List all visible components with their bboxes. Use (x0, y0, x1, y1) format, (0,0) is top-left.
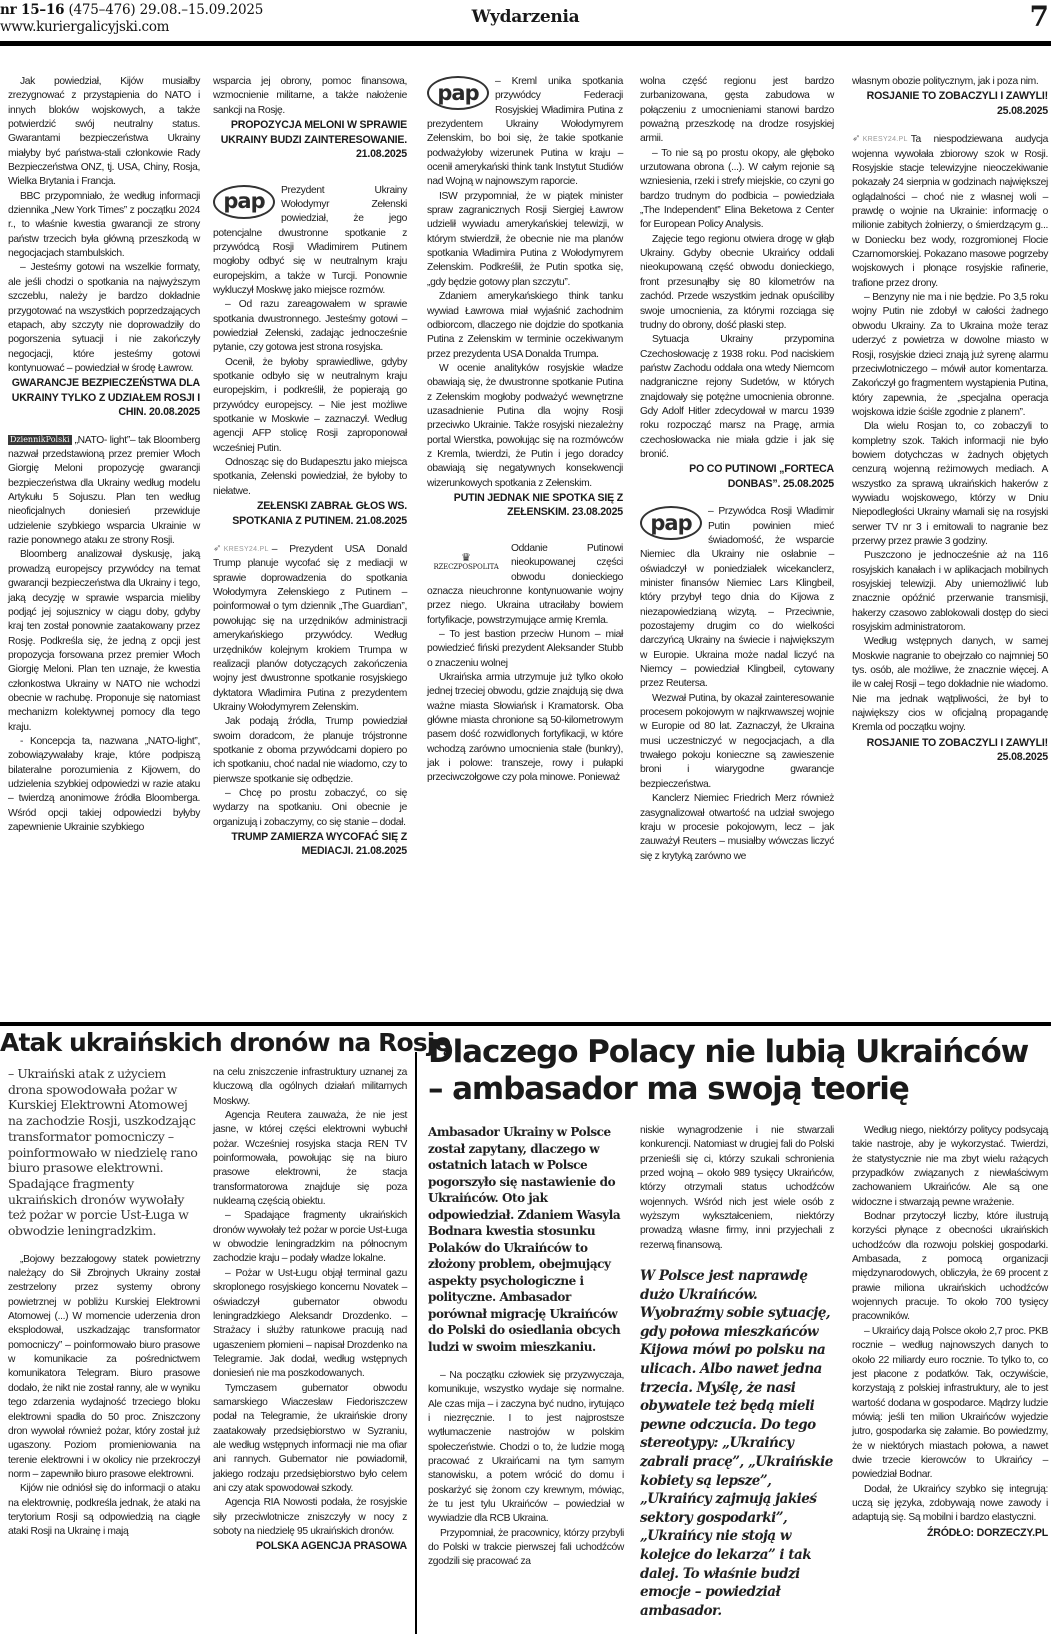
section-title: Wydarzenia (0, 7, 1051, 27)
spacer (213, 162, 407, 184)
news-headline-signature: PUTIN JEDNAK NIE SPOTKA SIĘ Z ZEŁENSKIM.… (427, 491, 623, 520)
eagle-icon: ♛ (427, 552, 505, 563)
paragraph: „Bojowy bezzałogowy statek powietrzny na… (8, 1253, 200, 1483)
paragraph: – Jesteśmy gotowi na wszelkie formaty, a… (8, 261, 200, 376)
spacer (428, 1355, 624, 1369)
top-column-3: pap– Kreml unika spotkania przywódcy Fed… (427, 75, 623, 786)
paragraph: Dodał, że Ukraińcy szybko się integrują:… (852, 1483, 1048, 1526)
news-headline-signature: ZEŁENSKI ZABRAŁ GŁOS WS. SPOTKANIA Z PUT… (213, 499, 407, 528)
kresy-logo-icon: ➶KRESY24.PL (852, 132, 908, 147)
paragraph: Według niego, niektórzy politycy podsyca… (852, 1124, 1048, 1210)
section-divider-rule (0, 1022, 1051, 1026)
paragraph: Kijów nie odniósł się do informacji o at… (8, 1482, 200, 1539)
paragraph: Przypomniał, że pracownicy, którzy przyb… (428, 1527, 624, 1570)
spacer (640, 491, 834, 505)
paragraph: – To jest bastion przeciw Hunom – miał p… (427, 628, 623, 671)
paragraph: pap– Kreml unika spotkania przywódcy Fed… (427, 75, 623, 190)
paragraph: – Od razu zareagowałem w sprawie spotkan… (213, 298, 407, 355)
news-headline-signature: PROPOZYCJA MELONI W SPRAWIE UKRAINY BUDZ… (213, 118, 407, 162)
paragraph: niskie wynagrodzenie i nie stwarzali kon… (640, 1124, 834, 1253)
paragraph: Sytuacja Ukrainy przypomina Czechosłowac… (640, 333, 834, 462)
paragraph: Zajęcie tego regionu otwiera drogę w głą… (640, 233, 834, 333)
ambassador-column-3: Według niego, niektórzy politycy podsyca… (852, 1124, 1048, 1540)
paragraph: Dla wielu Rosjan to, co zobaczyli to kom… (852, 420, 1048, 549)
paragraph: - Koncepcja ta, nazwana „NATO-light”, zo… (8, 735, 200, 835)
drones-column-2: na celu zniszczenie infrastruktury uznan… (213, 1066, 407, 1554)
paragraph: własnym obozie politycznym, jak i poza n… (852, 75, 1048, 89)
paragraph: DziennikPolski„NATO- light”– tak Bloombe… (8, 434, 200, 549)
dziennik-polski-logo-icon: DziennikPolski (8, 435, 72, 445)
paragraph: Ukraińska armia utrzymuje już tylko okoł… (427, 671, 623, 786)
bird-icon: ➶ (852, 133, 861, 144)
paragraph: pap– Przywódca Rosji Władimir Putin powi… (640, 505, 834, 691)
paragraph: ➶KRESY24.PLTa niespodziewana audycja woj… (852, 132, 1048, 291)
top-column-5: własnym obozie politycznym, jak i poza n… (852, 75, 1048, 765)
article-headline-drones: Atak ukraińskich dronów na Rosję (0, 1028, 410, 1057)
spacer (8, 420, 200, 434)
pull-quote: W Polsce jest naprawdę dużo Ukraińców. W… (640, 1267, 834, 1620)
paragraph: Tymczasem gubernator obwodu samarskiego … (213, 1382, 407, 1497)
rzeczpospolita-logo-icon: ♛RZECZPOSPOLITA (427, 546, 505, 576)
paragraph: Odnosząc się do Budapesztu jako miejsca … (213, 456, 407, 499)
news-headline-signature: TRUMP ZAMIERZA WYCOFAĆ SIĘ Z MEDIACJI. 2… (213, 830, 407, 859)
top-column-2: wsparcia jej obrony, pomoc finansowa, wz… (213, 75, 407, 859)
spacer (852, 118, 1048, 132)
paragraph: papPrezydent Ukrainy Wołodymyr Zełenski … (213, 184, 407, 299)
paragraph: – Na początku człowiek się przyzwyczaja,… (428, 1369, 624, 1527)
top-column-4: wolna część regionu jest bardzo zurbaniz… (640, 75, 834, 864)
paragraph: BBC przypomniało, że według informacji d… (8, 190, 200, 262)
paragraph: – Chcę po prostu zobaczyć, co się wydarz… (213, 787, 407, 830)
paragraph: Według wstępnych danych, w samej Moskwie… (852, 635, 1048, 735)
paragraph: ➶KRESY24.PL– Prezydent USA Donald Trump … (213, 542, 407, 715)
paragraph: Jak podają źródła, Trump powiedział swoi… (213, 715, 407, 787)
paragraph: Puszczono je jednocześnie aż na 116 rosy… (852, 549, 1048, 635)
paragraph: ♛RZECZPOSPOLITAOddanie Putinowi nieokupo… (427, 542, 623, 628)
article-lead: – Ukraiński atak z użyciem drona spowodo… (8, 1066, 200, 1239)
paragraph: ISW przypomniał, że w piątek minister sp… (427, 190, 623, 290)
paragraph: wsparcia jej obrony, pomoc finansowa, wz… (213, 75, 407, 118)
ambassador-column-2: niskie wynagrodzenie i nie stwarzali kon… (640, 1124, 834, 1620)
top-rule-divider (0, 41, 1051, 46)
paragraph: Bloomberg analizował dyskusję, jaką prow… (8, 548, 200, 734)
spacer (640, 1253, 834, 1267)
pap-logo-icon: pap (213, 185, 275, 219)
paragraph: Kanclerz Niemiec Friedrich Merz również … (640, 792, 834, 864)
paragraph: na celu zniszczenie infrastruktury uznan… (213, 1066, 407, 1109)
bird-icon: ➶ (213, 543, 222, 554)
paragraph: Bodnar przytoczył liczby, które ilustruj… (852, 1210, 1048, 1325)
news-headline-signature: ROSJANIE TO ZOBACZYLI I ZAWYLI! 25.08.20… (852, 736, 1048, 765)
paragraph: wolna część regionu jest bardzo zurbaniz… (640, 75, 834, 147)
top-column-1: Jak powiedział, Kijów musiałby zrezygnow… (8, 75, 200, 835)
pap-logo-icon: pap (640, 506, 702, 540)
news-headline-signature: GWARANCJE BEZPIECZEŃSTWA DLA UKRAINY TYL… (8, 376, 200, 420)
paragraph: Jak powiedział, Kijów musiałby zrezygnow… (8, 75, 200, 190)
spacer (427, 520, 623, 542)
paragraph: – Ukraińcy dają Polsce około 2,7 proc. P… (852, 1325, 1048, 1483)
paragraph: Agencja RIA Nowosti podała, że rosyjskie… (213, 1496, 407, 1539)
article-source: POLSKA AGENCJA PRASOWA (213, 1539, 407, 1554)
vertical-divider (415, 1052, 417, 1634)
paragraph: W ocenie analityków rosyjskie władze oba… (427, 362, 623, 491)
ambassador-column-1: Ambasador Ukrainy w Polsce został zapyta… (428, 1124, 624, 1570)
pap-logo-icon: pap (427, 76, 489, 110)
masthead: nr 15–16 (475–476) 29.08.–15.09.2025 www… (0, 0, 1051, 46)
spacer (213, 528, 407, 542)
news-headline-signature: PO CO PUTINOWI „FORTECA DONBAS”. 25.08.2… (640, 462, 834, 491)
paragraph: – Benzyny nie ma i nie będzie. Po 3,5 ro… (852, 291, 1048, 420)
news-headline-signature: ROSJANIE TO ZOBACZYLI I ZAWYLI! 25.08.20… (852, 89, 1048, 118)
paragraph: Ocenił, że byłoby sprawiedliwe, gdyby sp… (213, 356, 407, 456)
spacer (8, 1239, 200, 1253)
paragraph: – Pożar w Ust-Ługu objął terminal gazu s… (213, 1267, 407, 1382)
paragraph: – Spadające fragmenty ukraińskich dronów… (213, 1209, 407, 1266)
article-headline-ambassador: Dlaczego Polacy nie lubią Ukraińców – am… (428, 1034, 1048, 1108)
drones-column-1: – Ukraiński atak z użyciem drona spowodo… (8, 1066, 200, 1540)
paragraph: Agencja Reutera zauważa, że nie jest jas… (213, 1109, 407, 1209)
paragraph: Zdaniem amerykańskiego think tanku wywia… (427, 290, 623, 362)
kresy-logo-icon: ➶KRESY24.PL (213, 542, 269, 557)
article-lead: Ambasador Ukrainy w Polsce został zapyta… (428, 1124, 624, 1355)
article-source: ŹRÓDŁO: DORZECZY.PL (852, 1526, 1048, 1541)
page-number: 7 (1030, 0, 1049, 33)
paragraph: Wezwał Putina, by okazał zainteresowanie… (640, 692, 834, 792)
paragraph: – To nie są po prostu okopy, ale głęboko… (640, 147, 834, 233)
